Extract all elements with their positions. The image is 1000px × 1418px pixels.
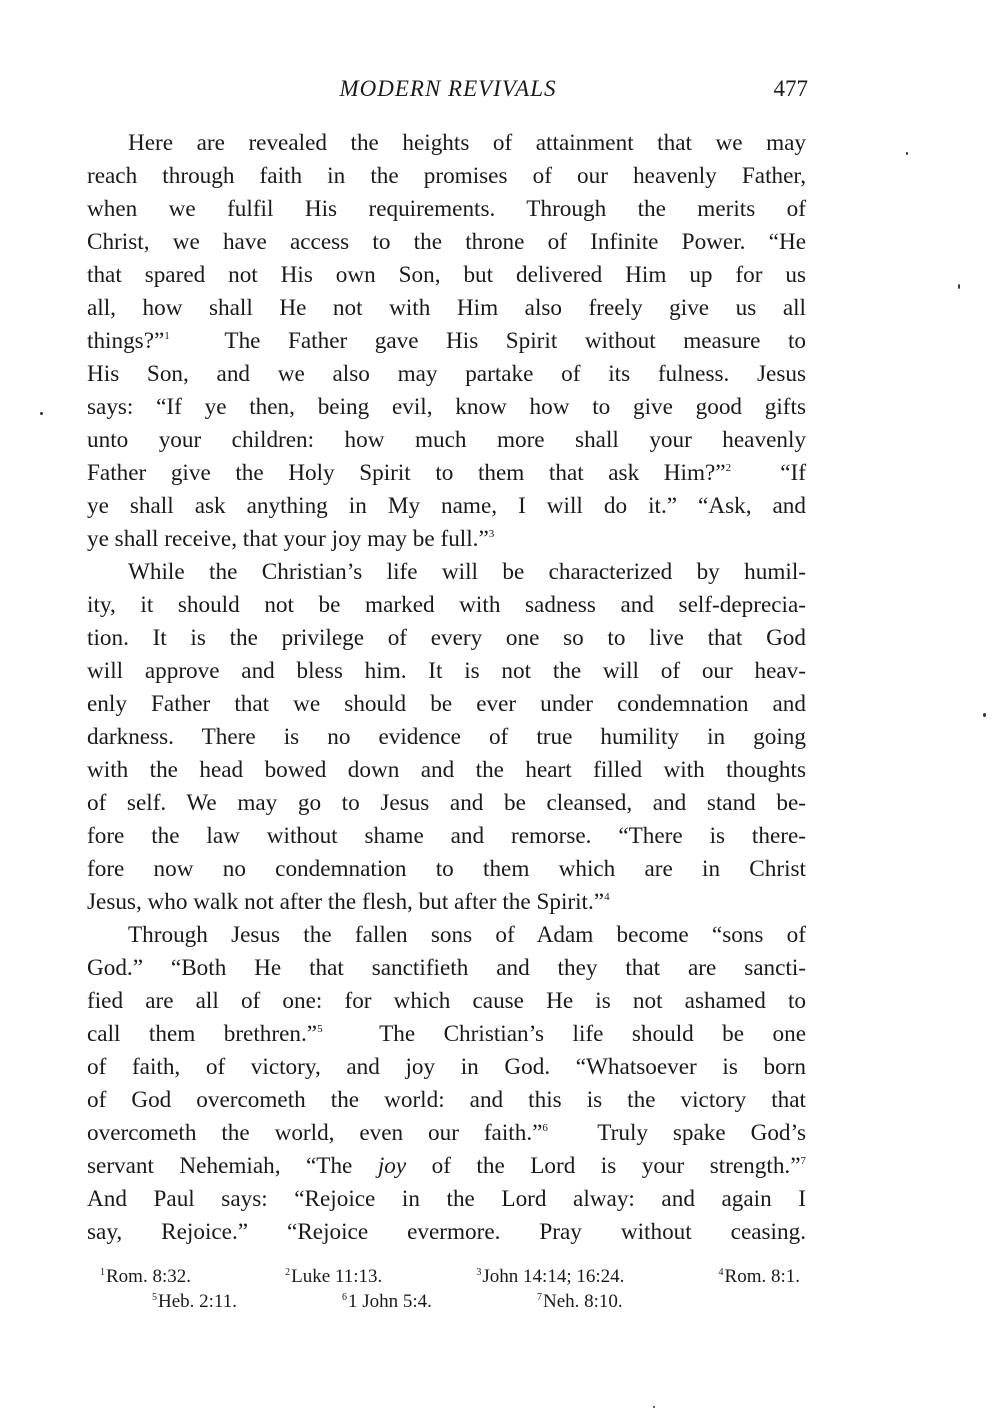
line-text: “If <box>731 460 806 486</box>
text-line: call them brethren.”5 The Christian’s li… <box>87 1018 806 1051</box>
text-line: Father give the Holy Spirit to them that… <box>87 457 806 490</box>
text-line: darkness. There is no evidence of true h… <box>87 721 806 754</box>
text-line: ity, it should not be marked with sadnes… <box>87 589 806 622</box>
line-text: His Son, and we also may partake of its … <box>87 361 806 387</box>
text-line: will approve and bless him. It is not th… <box>87 655 806 688</box>
footnotes: 1Rom. 8:32. 2Luke 11:13. 3John 14:14; 16… <box>100 1264 800 1314</box>
scan-speck <box>653 1406 655 1408</box>
footnote-marker: 3 <box>489 528 495 540</box>
line-text: when we fulfil His requirements. Through… <box>87 196 806 222</box>
text-line: say, Rejoice.” “Rejoice evermore. Pray w… <box>87 1216 806 1249</box>
line-text: Here are revealed the heights of attainm… <box>128 130 806 156</box>
text-line: servant Nehemiah, “The joy of the Lord i… <box>87 1150 806 1183</box>
line-text: Jesus, who walk not after the flesh, but… <box>87 889 604 915</box>
text-line: Jesus, who walk not after the flesh, but… <box>87 886 806 919</box>
text-line: overcometh the world, even our faith.”6 … <box>87 1117 806 1150</box>
line-text: will approve and bless him. It is not th… <box>87 658 806 684</box>
line-text: ye shall ask anything in My name, I will… <box>87 493 806 519</box>
text-line: unto your children: how much more shall … <box>87 424 806 457</box>
text-line: when we fulfil His requirements. Through… <box>87 193 806 226</box>
line-text: says: “If ye then, being evil, know how … <box>87 394 806 420</box>
line-text: God.” “Both He that sanctifieth and they… <box>87 955 806 981</box>
line-text: And Paul says: “Rejoice in the Lord alwa… <box>87 1186 806 1212</box>
text-line: fore now no condemnation to them which a… <box>87 853 806 886</box>
line-text: of self. We may go to Jesus and be clean… <box>87 790 806 816</box>
footnote-row: 1Rom. 8:32. 2Luke 11:13. 3John 14:14; 16… <box>100 1264 800 1289</box>
line-text: Through Jesus the fallen sons of Adam be… <box>128 922 806 948</box>
text-line: His Son, and we also may partake of its … <box>87 358 806 391</box>
text-line: all, how shall He not with Him also free… <box>87 292 806 325</box>
line-text: unto your children: how much more shall … <box>87 427 806 453</box>
text-line: tion. It is the privilege of every one s… <box>87 622 806 655</box>
line-text: fied are all of one: for which cause He … <box>87 988 806 1014</box>
line-text: tion. It is the privilege of every one s… <box>87 625 806 651</box>
body-text: Here are revealed the heights of attainm… <box>87 127 806 1249</box>
footnote-row: 5Heb. 2:11. 61 John 5:4. 7Neh. 8:10. <box>100 1289 800 1314</box>
line-text: overcometh the world, even our faith.” <box>87 1120 542 1146</box>
footnote: 5Heb. 2:11. <box>152 1289 342 1314</box>
line-text: The Father gave His Spirit without measu… <box>170 328 806 354</box>
footnote: 3John 14:14; 16:24. <box>476 1264 624 1289</box>
scan-speck <box>906 152 908 155</box>
line-text: things?” <box>87 328 164 354</box>
line-text: servant Nehemiah, “The <box>87 1153 378 1179</box>
text-line: Christ, we have access to the throne of … <box>87 226 806 259</box>
line-text: ity, it should not be marked with sadnes… <box>87 592 806 618</box>
line-text: Christ, we have access to the throne of … <box>87 229 806 255</box>
page-number: 477 <box>774 76 809 102</box>
text-line: things?”1 The Father gave His Spirit wit… <box>87 325 806 358</box>
text-line: of faith, of victory, and joy in God. “W… <box>87 1051 806 1084</box>
footnote-marker: 7 <box>801 1155 807 1167</box>
text-line: God.” “Both He that sanctifieth and they… <box>87 952 806 985</box>
line-text: darkness. There is no evidence of true h… <box>87 724 806 750</box>
text-line: with the head bowed down and the heart f… <box>87 754 806 787</box>
line-text: fore now no condemnation to them which a… <box>87 856 806 882</box>
line-text: of God overcometh the world: and this is… <box>87 1087 806 1113</box>
text-line: While the Christian’s life will be chara… <box>87 556 806 589</box>
text-line: And Paul says: “Rejoice in the Lord alwa… <box>87 1183 806 1216</box>
footnote: 61 John 5:4. <box>342 1289 537 1314</box>
footnote: 1Rom. 8:32. <box>100 1264 191 1289</box>
line-text: say, Rejoice.” “Rejoice evermore. Pray w… <box>87 1219 806 1245</box>
line-text: that spared not His own Son, but deliver… <box>87 262 806 288</box>
text-line: fied are all of one: for which cause He … <box>87 985 806 1018</box>
running-title: MODERN REVIVALS <box>88 76 808 102</box>
scan-speck <box>40 412 43 415</box>
line-text: of faith, of victory, and joy in God. “W… <box>87 1054 806 1080</box>
line-text: The Christian’s life should be one <box>323 1021 806 1047</box>
text-line: Through Jesus the fallen sons of Adam be… <box>87 919 806 952</box>
line-text: fore the law without shame and remorse. … <box>87 823 806 849</box>
text-line: of self. We may go to Jesus and be clean… <box>87 787 806 820</box>
text-line: ye shall ask anything in My name, I will… <box>87 490 806 523</box>
footnote: 4Rom. 8:1. <box>719 1264 800 1289</box>
scan-speck <box>983 713 986 717</box>
line-text: enly Father that we should be ever under… <box>87 691 806 717</box>
line-text: Truly spake God’s <box>548 1120 806 1146</box>
running-header: MODERN REVIVALS 477 <box>88 76 808 110</box>
footnote-marker: 4 <box>604 891 610 903</box>
text-line: ye shall receive, that your joy may be f… <box>87 523 806 556</box>
line-text: call them brethren.” <box>87 1021 317 1047</box>
line-text: ye shall receive, that your joy may be f… <box>87 526 489 552</box>
line-text: reach through faith in the promises of o… <box>87 163 806 189</box>
emphasis: joy <box>378 1153 406 1179</box>
footnote: 7Neh. 8:10. <box>537 1289 623 1314</box>
scan-speck <box>958 284 960 289</box>
text-line: fore the law without shame and remorse. … <box>87 820 806 853</box>
text-line: Here are revealed the heights of attainm… <box>87 127 806 160</box>
text-line: that spared not His own Son, but deliver… <box>87 259 806 292</box>
text-line: of God overcometh the world: and this is… <box>87 1084 806 1117</box>
line-text: While the Christian’s life will be chara… <box>128 559 806 585</box>
line-text: Father give the Holy Spirit to them that… <box>87 460 726 486</box>
line-text: of the Lord is your strength.” <box>406 1153 800 1179</box>
text-line: reach through faith in the promises of o… <box>87 160 806 193</box>
text-line: says: “If ye then, being evil, know how … <box>87 391 806 424</box>
line-text: with the head bowed down and the heart f… <box>87 757 806 783</box>
text-line: enly Father that we should be ever under… <box>87 688 806 721</box>
footnote: 2Luke 11:13. <box>285 1264 382 1289</box>
line-text: all, how shall He not with Him also free… <box>87 295 806 321</box>
